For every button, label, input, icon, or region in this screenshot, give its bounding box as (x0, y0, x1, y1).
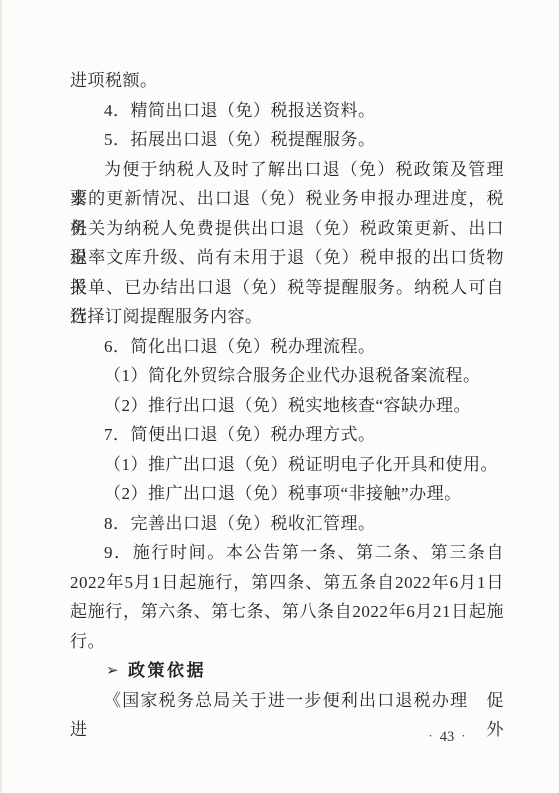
text-line: 6．简化出口退（免）税办理流程。 (70, 332, 504, 362)
text-line: 为便于纳税人及时了解出口退（免）税政策及管理要 (70, 155, 504, 185)
page-number: ·43· (399, 727, 495, 745)
text-line: （2）推广出口退（免）税事项“非接触”办理。 (70, 479, 504, 509)
text-line: 4．精简出口退（免）税报送资料。 (70, 96, 504, 126)
page-number-value: 43 (440, 729, 455, 745)
text-line: 7．简便出口退（免）税办理方式。 (70, 420, 504, 450)
text-line: 2022年5月1日起施行，第四条、第五条自2022年6月1日 (70, 568, 504, 598)
text-line: （1）推广出口退（免）税证明电子化开具和使用。 (70, 450, 504, 480)
text-line: 5．拓展出口退（免）税提醒服务。 (70, 125, 504, 155)
policy-basis-heading: ➢政策依据 (70, 656, 504, 686)
text-line: 起施行，第六条、第七条、第八条自2022年6月21日起施 (70, 597, 504, 627)
text-line: 税率文库升级、尚有未用于退（免）税申报的出口货物报 (70, 243, 504, 273)
text-line: 9．施行时间。本公告第一条、第二条、第三条自 (70, 538, 504, 568)
page-content: 进项税额。 4．精简出口退（免）税报送资料。 5．拓展出口退（免）税提醒服务。 … (70, 66, 504, 715)
text-line: 求的更新情况、出口退（免）税业务申报办理进度，税务 (70, 184, 504, 214)
text-line: 进项税额。 (70, 66, 504, 96)
arrow-bullet-icon: ➢ (106, 657, 128, 687)
text-line: 8．完善出口退（免）税收汇管理。 (70, 509, 504, 539)
text-line: 关单、已办结出口退（免）税等提醒服务。纳税人可自行 (70, 273, 504, 303)
policy-heading-label: 政策依据 (128, 661, 206, 680)
page-number-right-dot: · (461, 727, 465, 745)
text-line: 选择订阅提醒服务内容。 (70, 302, 504, 332)
page-number-left-dot: · (428, 727, 432, 745)
scan-edge-shadow (0, 0, 3, 793)
text-line: 行。 (70, 627, 504, 657)
text-line: （2）推行出口退（免）税实地核查“容缺办理。 (70, 391, 504, 421)
reference-title-line: 《国家税务总局关于进一步便利出口退税办理 促进外 (70, 686, 504, 716)
document-page: 进项税额。 4．精简出口退（免）税报送资料。 5．拓展出口退（免）税提醒服务。 … (0, 0, 559, 793)
text-line: 机关为纳税人免费提供出口退（免）税政策更新、出口退 (70, 214, 504, 244)
text-line: （1）简化外贸综合服务企业代办退税备案流程。 (70, 361, 504, 391)
